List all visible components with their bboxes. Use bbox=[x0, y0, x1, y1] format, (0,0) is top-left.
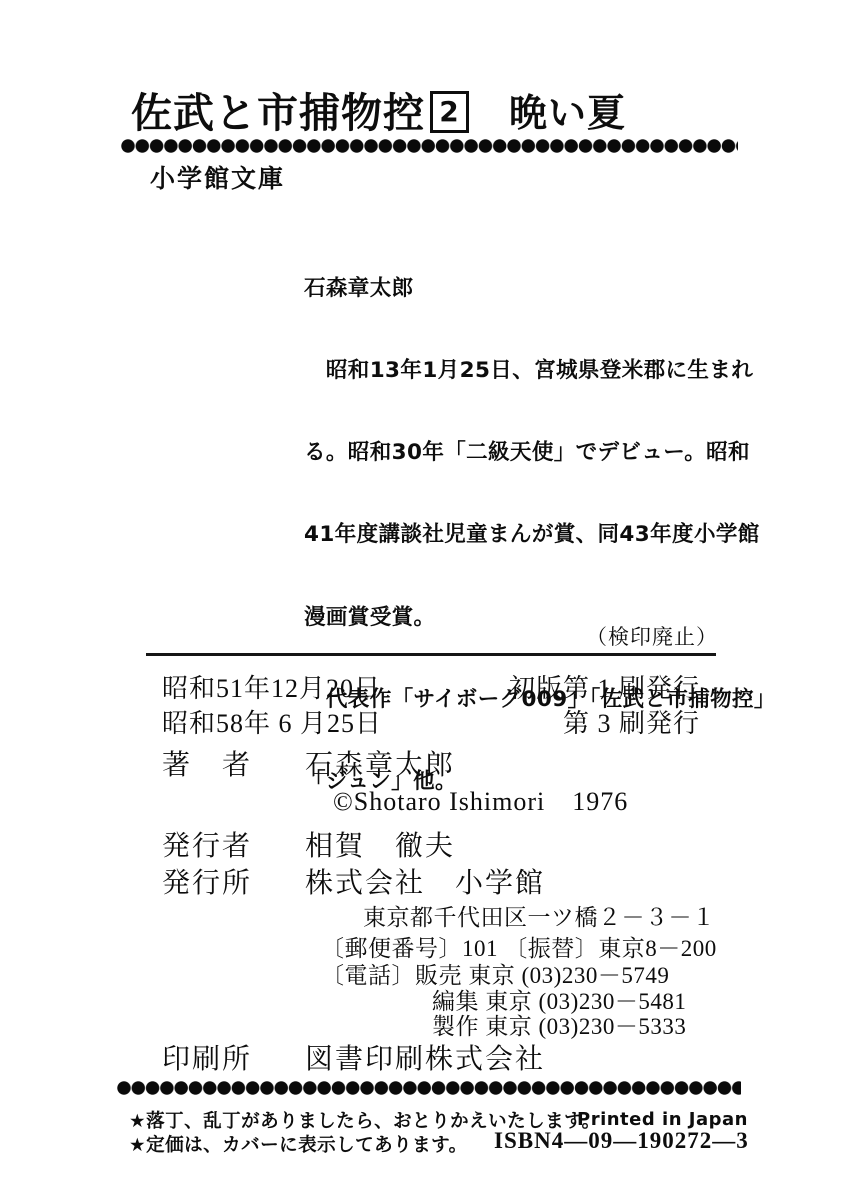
publisher-row-label: 発行者 bbox=[162, 824, 252, 864]
book-title: 佐武と市捕物控 2 晩い夏 bbox=[131, 80, 626, 139]
isbn-number: ISBN4—09—190272—3 bbox=[494, 1128, 749, 1154]
colophon-page: 佐武と市捕物控 2 晩い夏 小学館文庫 石森章太郎 昭和13年1月25日、宮城県… bbox=[0, 0, 851, 1200]
reprint-label: 第 3 刷発行 bbox=[563, 703, 700, 740]
volume-number-box: 2 bbox=[430, 91, 469, 133]
copyright-line: ©Shotaro Ishimori 1976 bbox=[333, 781, 628, 818]
printed-in-japan: Printed in Japan bbox=[577, 1109, 748, 1130]
author-bio-line: 昭和13年1月25日、宮城県登米郡に生まれ bbox=[304, 357, 776, 384]
printer-row-name: 図書印刷株式会社 bbox=[305, 1037, 545, 1077]
imprint-label: 小学館文庫 bbox=[150, 159, 285, 195]
author-bio-line: る。昭和30年「二級天使」でデビュー。昭和 bbox=[304, 439, 776, 466]
dotted-divider-top bbox=[121, 139, 738, 153]
book-title-main: 佐武と市捕物控 bbox=[131, 80, 425, 139]
first-edition-date: 昭和51年12月20日 bbox=[162, 668, 381, 705]
stamp-abolished-note: （検印廃止） bbox=[586, 621, 718, 651]
author-row-label: 著 者 bbox=[162, 743, 252, 783]
first-edition-label: 初版第 1 刷発行 bbox=[509, 668, 700, 705]
author-bio-line: 41年度講談社児童まんが賞、同43年度小学館 bbox=[304, 521, 776, 548]
volume-number: 2 bbox=[439, 95, 459, 128]
author-bio-name: 石森章太郎 bbox=[304, 275, 776, 302]
publisher-row-name: 相賀 徹夫 bbox=[305, 824, 455, 864]
publishing-house-name: 株式会社 小学館 bbox=[305, 861, 545, 901]
author-row-name: 石森章太郎 bbox=[305, 743, 455, 783]
publishing-house-label: 発行所 bbox=[162, 861, 252, 901]
dotted-divider-bottom bbox=[117, 1081, 741, 1095]
horizontal-rule bbox=[146, 653, 716, 656]
price-on-cover-note: ★定価は、カバーに表示してあります。 bbox=[129, 1131, 468, 1157]
book-subtitle: 晩い夏 bbox=[509, 82, 626, 137]
publisher-address: 東京都千代田区一ツ橋２－３－１ bbox=[363, 899, 716, 932]
printer-row-label: 印刷所 bbox=[162, 1037, 252, 1077]
reprint-date: 昭和58年 6 月25日 bbox=[162, 703, 382, 740]
